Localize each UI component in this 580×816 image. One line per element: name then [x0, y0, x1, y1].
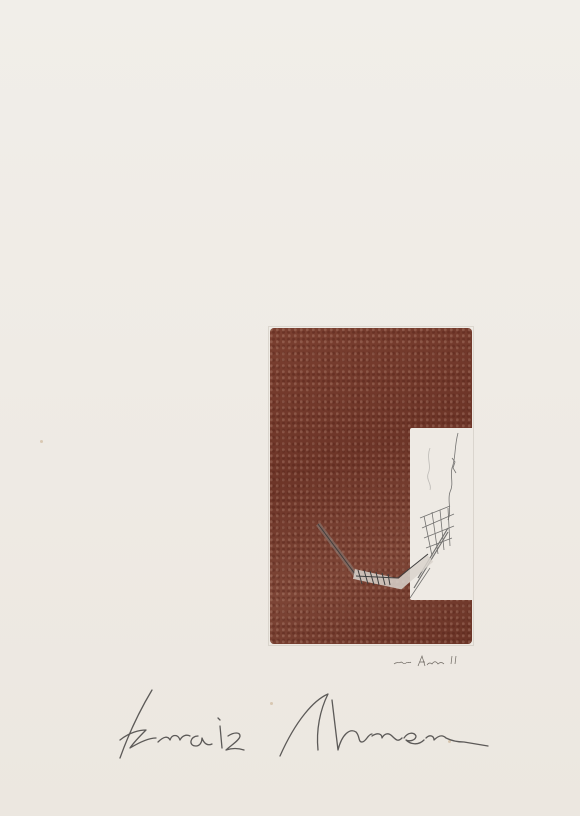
artist-signature: Lucio Alvaro: [100, 680, 500, 770]
paper-sheet: Lucio Alvaro 17 Lucio Alvaro: [0, 0, 580, 816]
diagonal-tool-sketch-icon: [310, 518, 440, 608]
plate-signature: Lucio Alvaro 17: [392, 652, 482, 672]
print-plate: [270, 328, 472, 644]
paper-speck: [40, 440, 43, 443]
signature-scribble-icon: [100, 680, 500, 770]
